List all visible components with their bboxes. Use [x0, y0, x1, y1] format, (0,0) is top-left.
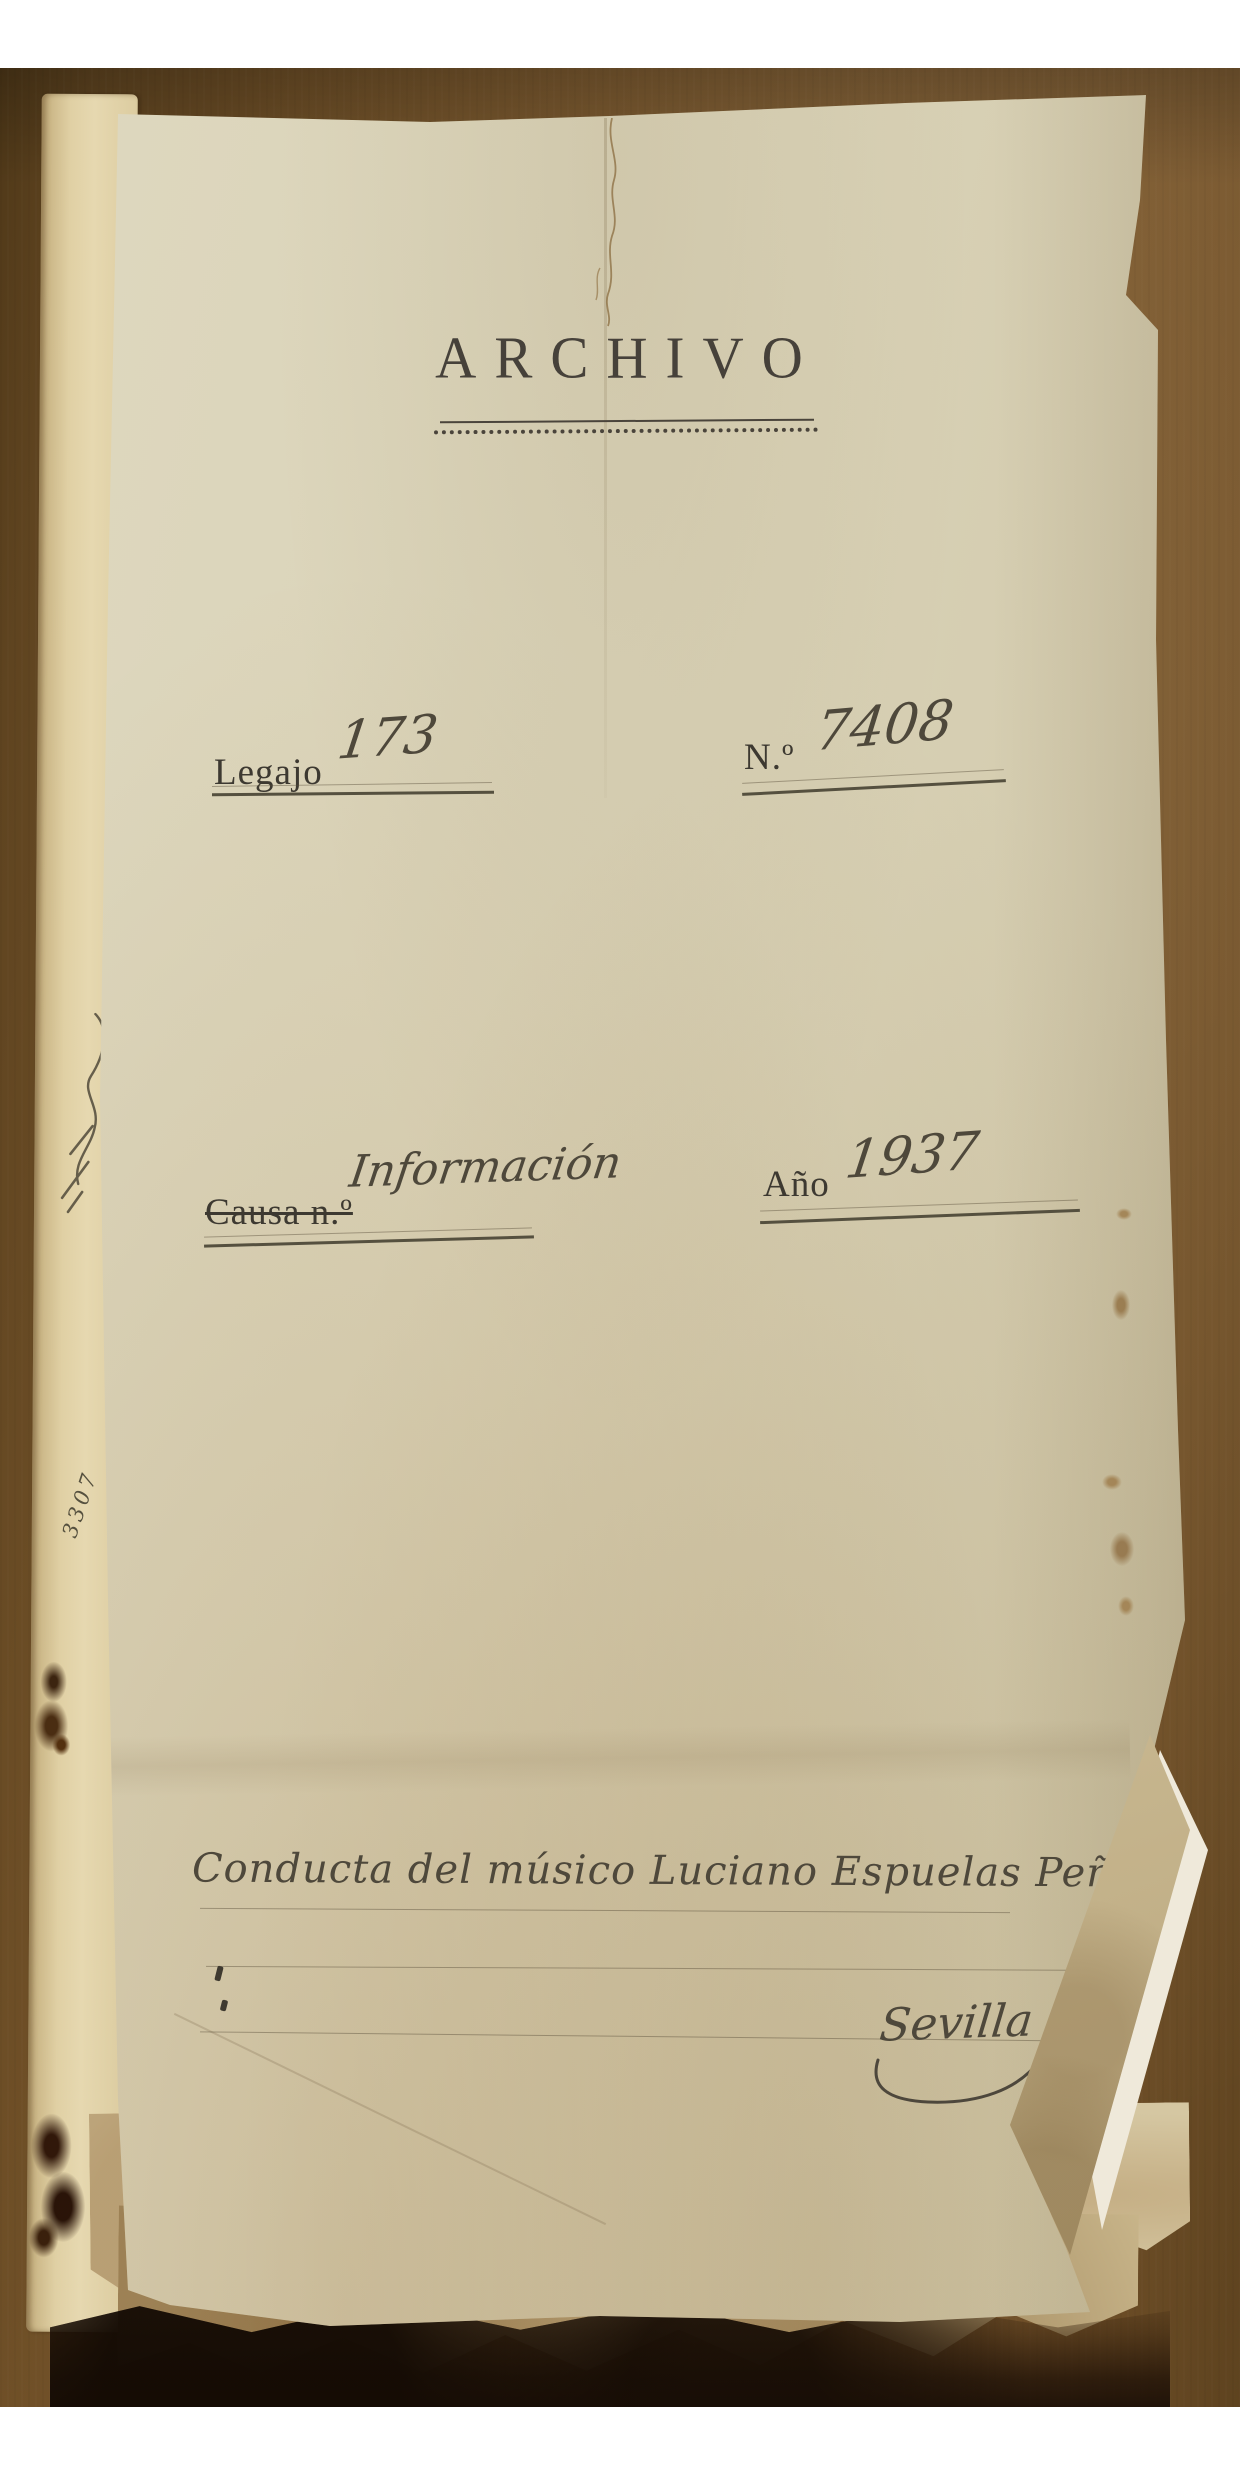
- writing-guide-line: [206, 1966, 1156, 1971]
- place-underline-flourish: [868, 2056, 1048, 2111]
- field-rule: [204, 1235, 534, 1247]
- edge-stain: [1118, 1596, 1134, 1616]
- ink-mark: [214, 1965, 223, 1981]
- field-label-causa-struck: Causa n.º: [205, 1191, 353, 1234]
- field-value-legajo-handwritten: 173: [334, 704, 442, 772]
- spine-stain: [41, 1662, 67, 1702]
- place-handwritten: Sevilla: [877, 1993, 1035, 2052]
- subject-handwritten: Conducta del músico Luciano Espuelas Peñ…: [192, 1846, 1138, 1897]
- spine-stain: [31, 2114, 71, 2178]
- edge-stain: [1116, 1208, 1132, 1220]
- field-rule: [760, 1209, 1080, 1224]
- paper-crease: [110, 1719, 1131, 1797]
- paper-tear-mark: [578, 118, 638, 328]
- field-value-ano-handwritten: 1937: [842, 1121, 983, 1191]
- desk-photo: 3307 ARCHIVO Legajo 173: [0, 68, 1240, 2407]
- edge-stain: [1102, 1474, 1122, 1490]
- field-label-legajo: Legajo: [214, 751, 323, 794]
- field-value-causa-handwritten: Información: [346, 1137, 624, 1198]
- edge-stain: [1112, 1290, 1130, 1320]
- spine-stain: [52, 1734, 70, 1756]
- ink-mark: [220, 1999, 228, 2011]
- title-underline: [440, 419, 814, 424]
- spine-stain: [29, 2218, 59, 2258]
- paper-crease: [174, 2013, 606, 2225]
- title-dotted-underline: [434, 428, 818, 435]
- writing-guide-line: [200, 1908, 1010, 1913]
- field-value-numero-handwritten: 7408: [812, 688, 957, 764]
- spine-number: 3307: [50, 1443, 111, 1564]
- field-label-ano: Año: [763, 1163, 830, 1206]
- edge-stain: [1110, 1532, 1134, 1566]
- document-title: ARCHIVO: [408, 325, 848, 393]
- field-label-numero: N.º: [744, 736, 794, 779]
